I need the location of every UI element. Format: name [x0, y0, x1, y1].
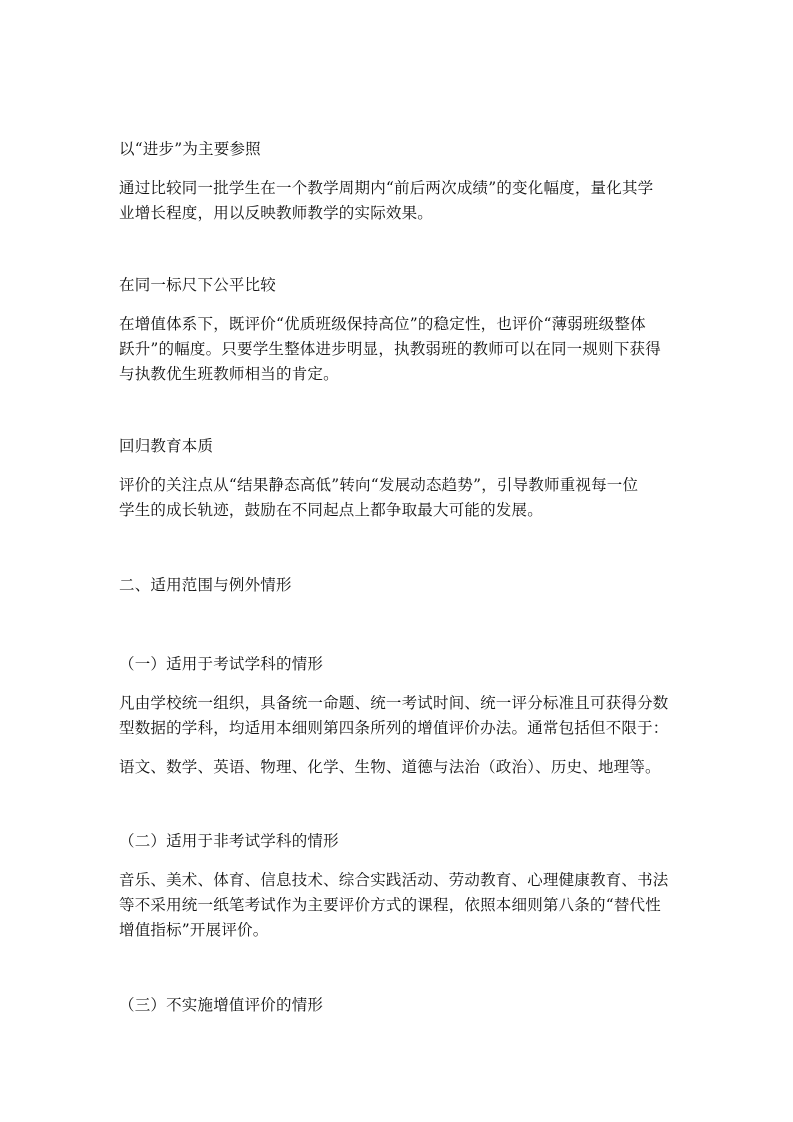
paragraph-line: 音乐、美术、体育、信息技术、综合实践活动、劳动教育、心理健康教育、书法: [119, 868, 669, 892]
section-heading: 以“进步”为主要参照: [119, 137, 261, 161]
paragraph-line: 语文、数学、英语、物理、化学、生物、道德与法治（政治）、历史、地理等。: [119, 755, 661, 779]
paragraph-line: 增值指标”开展评价。: [119, 918, 268, 942]
section-heading: 在同一标尺下公平比较: [119, 273, 276, 297]
paragraph-line: 凡由学校统一组织，具备统一命题、统一考试时间、统一评分标准且可获得分数: [119, 691, 669, 715]
subsection-heading: （二）适用于非考试学科的情形: [119, 829, 339, 853]
paragraph-line: 与执教优生班教师相当的肯定。: [119, 362, 339, 386]
subsection-heading: （三）不实施增值评价的情形: [119, 993, 323, 1017]
section-heading: 回归教育本质: [119, 434, 213, 458]
subsection-heading: （一）适用于考试学科的情形: [119, 652, 323, 676]
paragraph-line: 业增长程度，用以反映教师教学的实际效果。: [119, 201, 433, 225]
paragraph-line: 在增值体系下，既评价“优质班级保持高位”的稳定性，也评价“薄弱班级整体: [119, 312, 646, 336]
paragraph-line: 型数据的学科，均适用本细则第四条所列的增值评价办法。通常包括但不限于：: [119, 716, 669, 740]
chapter-heading: 二、适用范围与例外情形: [119, 573, 292, 597]
paragraph-line: 学生的成长轨迹，鼓励在不同起点上都争取最大可能的发展。: [119, 498, 543, 522]
paragraph-line: 通过比较同一批学生在一个教学周期内“前后两次成绩”的变化幅度，量化其学: [119, 176, 653, 200]
paragraph-line: 等不采用统一纸笔考试作为主要评价方式的课程，依照本细则第八条的“替代性: [119, 893, 661, 917]
paragraph-line: 跃升”的幅度。只要学生整体进步明显，执教弱班的教师可以在同一规则下获得: [119, 337, 661, 361]
paragraph-line: 评价的关注点从“结果静态高低”转向“发展动态趋势”，引导教师重视每一位: [119, 473, 638, 497]
